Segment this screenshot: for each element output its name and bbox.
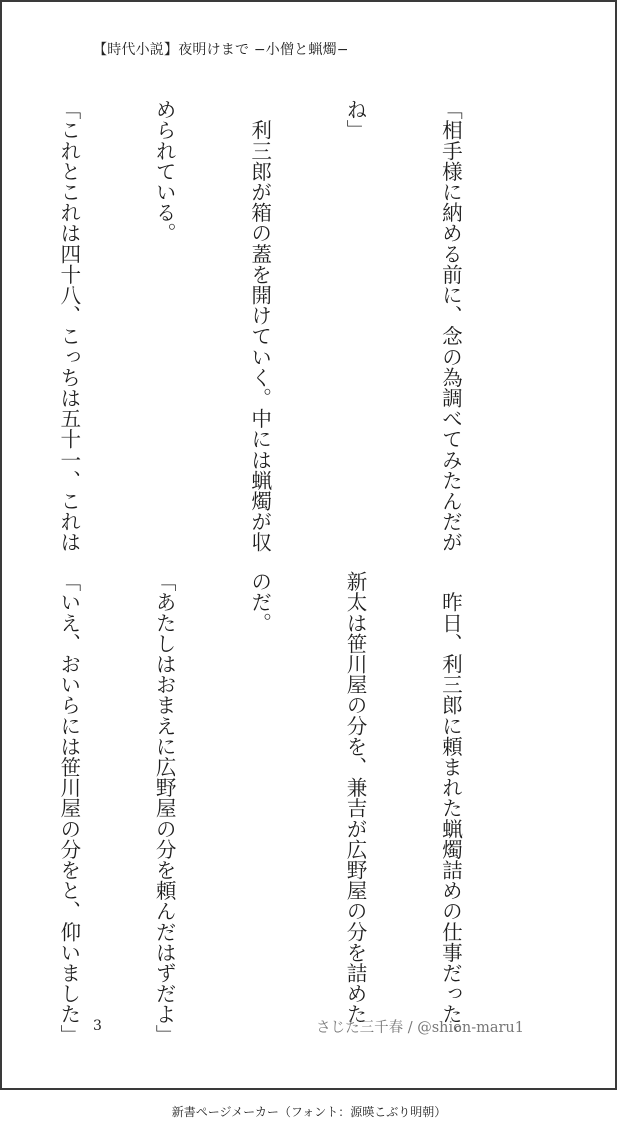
footer-caption: 新書ページメーカー（フォント：源暎こぶり明朝） (0, 1103, 618, 1120)
text-line: 「あたしはおまえに広野屋の分を頼んだはずだよ」 (147, 571, 179, 1012)
page-frame: 【時代小説】夜明けまで −小僧と蝋燭− 「相手様に納める前に、念の為調べてみたん… (0, 0, 617, 1090)
running-title: 【時代小説】夜明けまで −小僧と蝋燭− (93, 39, 349, 59)
text-line: 新太は笹川屋の分を、兼吉が広野屋の分を詰めた (338, 571, 370, 1012)
body-text-lower-block: 昨日、利三郎に頼まれた蝋燭詰めの仕事だった。 新太は笹川屋の分を、兼吉が広野屋の… (83, 571, 529, 1012)
text-line: 「いえ、おいらには笹川屋の分をと、仰いました」 (52, 571, 84, 1012)
text-line: ね」 (338, 99, 370, 540)
author-credit: さじた三千春 / @shion-maru1 (316, 1016, 524, 1037)
text-line: 「これとこれは四十八、こっちは五十一、これは (52, 99, 84, 540)
body-text-upper-block: 「相手様に納める前に、念の為調べてみたんだが ね」 利三郎が箱の蓋を開けていく。… (83, 99, 529, 540)
text-line: のだ。 (243, 571, 275, 1012)
text-line: 「相手様に納める前に、念の為調べてみたんだが (434, 99, 466, 540)
page-number: 3 (93, 1018, 102, 1034)
text-line: 昨日、利三郎に頼まれた蝋燭詰めの仕事だった。 (434, 571, 466, 1012)
text-line: 利三郎が箱の蓋を開けていく。中には蝋燭が収 (243, 99, 275, 540)
text-line: められている。 (147, 99, 179, 540)
